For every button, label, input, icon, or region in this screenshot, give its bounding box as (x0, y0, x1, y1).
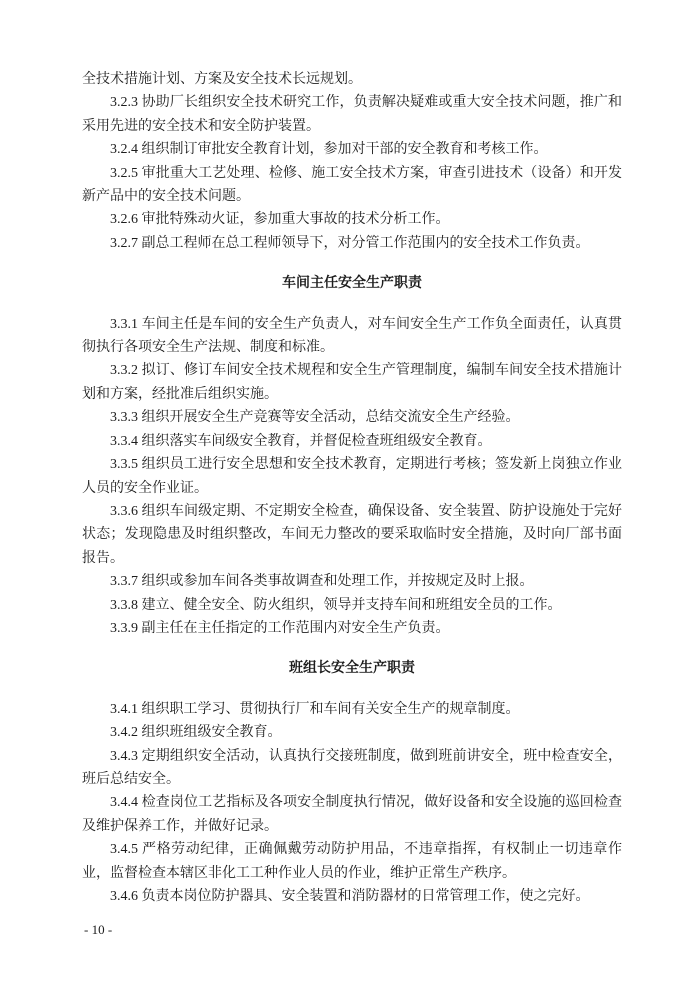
para-3-4-3: 3.4.3 定期组织安全活动，认真执行交接班制度，做到班前讲安全，班中检查安全，… (82, 745, 622, 792)
para-3-3-2: 3.3.2 拟订、修订车间安全技术规程和安全生产管理制度，编制车间安全技术措施计… (82, 359, 622, 406)
para-3-2-7: 3.2.7 副总工程师在总工程师领导下，对分管工作范围内的安全技术工作负责。 (82, 232, 622, 255)
para-3-3-9: 3.3.9 副主任在主任指定的工作范围内对安全生产负责。 (82, 617, 622, 640)
para-continuation: 全技术措施计划、方案及安全技术长远规划。 (82, 68, 622, 91)
para-3-4-5: 3.4.5 严格劳动纪律，正确佩戴劳动防护用品，不违章指挥，有权制止一切违章作业… (82, 838, 622, 885)
page-number: - 10 - (84, 921, 112, 939)
para-3-2-4: 3.2.4 组织制订审批安全教育计划，参加对干部的安全教育和考核工作。 (82, 138, 622, 161)
document-body: 全技术措施计划、方案及安全技术长远规划。 3.2.3 协助厂长组织安全技术研究工… (82, 68, 622, 908)
para-3-3-5: 3.3.5 组织员工进行安全思想和安全技术教育，定期进行考核；签发新上岗独立作业… (82, 453, 622, 500)
para-3-3-8: 3.3.8 建立、健全安全、防火组织，领导并支持车间和班组安全员的工作。 (82, 594, 622, 617)
document-page: 全技术措施计划、方案及安全技术长远规划。 3.2.3 协助厂长组织安全技术研究工… (0, 0, 700, 990)
para-3-3-3: 3.3.3 组织开展安全生产竞赛等安全活动，总结交流安全生产经验。 (82, 406, 622, 429)
para-3-3-7: 3.3.7 组织或参加车间各类事故调查和处理工作，并按规定及时上报。 (82, 570, 622, 593)
para-3-4-4: 3.4.4 检查岗位工艺指标及各项安全制度执行情况，做好设备和安全设施的巡回检查… (82, 791, 622, 838)
heading-workshop-director-duties: 车间主任安全生产职责 (82, 272, 622, 295)
para-3-3-4: 3.3.4 组织落实车间级安全教育，并督促检查班组级安全教育。 (82, 430, 622, 453)
heading-team-leader-duties: 班组长安全生产职责 (82, 657, 622, 680)
para-3-2-6: 3.2.6 审批特殊动火证，参加重大事故的技术分析工作。 (82, 208, 622, 231)
para-3-3-1: 3.3.1 车间主任是车间的安全生产负责人，对车间安全生产工作负全面责任，认真贯… (82, 313, 622, 360)
para-3-2-3: 3.2.3 协助厂长组织安全技术研究工作，负责解决疑难或重大安全技术问题，推广和… (82, 91, 622, 138)
para-3-4-1: 3.4.1 组织职工学习、贯彻执行厂和车间有关安全生产的规章制度。 (82, 698, 622, 721)
para-3-3-6: 3.3.6 组织车间级定期、不定期安全检查，确保设备、安全装置、防护设施处于完好… (82, 500, 622, 570)
para-3-4-6: 3.4.6 负责本岗位防护器具、安全装置和消防器材的日常管理工作，使之完好。 (82, 885, 622, 908)
para-3-2-5: 3.2.5 审批重大工艺处理、检修、施工安全技术方案，审查引进技术（设备）和开发… (82, 162, 622, 209)
para-3-4-2: 3.4.2 组织班组级安全教育。 (82, 721, 622, 744)
